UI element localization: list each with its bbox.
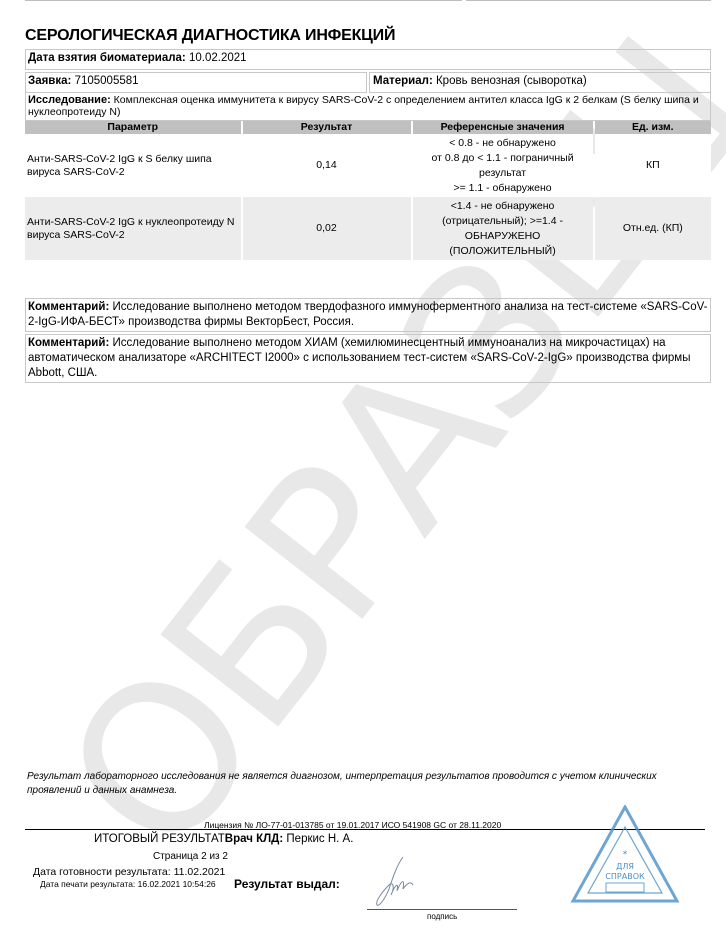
material-label: Материал:: [373, 75, 433, 87]
page-number: Страница 2 из 2: [153, 851, 228, 862]
parameter-cell: Анти-SARS-CoV-2 IgG к S белку шипа вирус…: [25, 134, 241, 197]
column-header-parameter: Параметр: [25, 121, 241, 134]
order-number: 7105005581: [75, 75, 139, 87]
result-cell: 0,02: [243, 197, 411, 260]
study-value: Комплексная оценка иммунитета к вирусу S…: [28, 94, 699, 118]
print-date: 16.02.2021 10:54:26: [138, 879, 216, 889]
reference-line: (отрицательный); >=1.4 -: [415, 214, 591, 229]
table-row: Анти-SARS-CoV-2 IgG к S белку шипа вирус…: [25, 134, 711, 197]
svg-text:*: *: [623, 850, 628, 860]
sample-date-row: Дата взятия биоматериала: 10.02.2021: [25, 49, 711, 70]
comment-1: Комментарий: Исследование выполнено мето…: [25, 298, 711, 332]
disclaimer: Результат лабораторного исследования не …: [27, 770, 677, 798]
svg-text:СПРАВОК: СПРАВОК: [605, 872, 645, 881]
column-header-result: Результат: [243, 121, 411, 134]
reference-line: < 0.8 - не обнаружено: [415, 136, 591, 151]
doctor-name: Перкис Н. А.: [286, 833, 353, 845]
svg-text:ДЛЯ: ДЛЯ: [616, 862, 634, 871]
signature-icon: [375, 855, 435, 910]
reference-line: >= 1.1 - обнаружено: [415, 181, 591, 196]
table-row: Анти-SARS-CoV-2 IgG к нуклеопротеиду N в…: [25, 197, 711, 260]
report-title: СЕРОЛОГИЧЕСКАЯ ДИАГНОСТИКА ИНФЕКЦИЙ: [25, 26, 711, 46]
result-cell: 0,14: [243, 134, 411, 197]
unit-cell: Отн.ед. (КП): [595, 197, 711, 260]
final-result-line: ИТОГОВЫЙ РЕЗУЛЬТАТВрач КЛД: Перкис Н. А.: [94, 833, 353, 845]
top-rule: [466, 0, 711, 1]
ready-date: 11.02.2021: [174, 866, 226, 878]
parameter-cell: Анти-SARS-CoV-2 IgG к нуклеопротеиду N в…: [25, 197, 241, 260]
table-header-row: Параметр Результат Референсные значения …: [25, 121, 711, 134]
reference-line: результат: [415, 166, 591, 181]
ready-date-label: Дата готовности результата:: [33, 866, 171, 878]
study-label: Исследование:: [28, 94, 111, 106]
sample-date: 10.02.2021: [189, 52, 247, 64]
unit-cell: КП: [595, 134, 711, 197]
signature-line: [367, 909, 517, 910]
doctor-label: Врач КЛД:: [225, 833, 283, 845]
comment-label: Комментарий:: [28, 337, 109, 349]
stamp-icon: * ДЛЯ СПРАВОК: [570, 805, 680, 905]
material-value: Кровь венозная (сыворотка): [436, 75, 587, 87]
reference-line: <1.4 - не обнаружено: [415, 199, 591, 214]
issued-by-label: Результат выдал:: [234, 877, 340, 891]
comment-label: Комментарий:: [28, 301, 109, 313]
column-header-unit: Ед. изм.: [595, 121, 711, 134]
reference-line: ОБНАРУЖЕНО: [415, 229, 591, 244]
reference-cell: < 0.8 - не обнаружено от 0.8 до < 1.1 - …: [413, 134, 593, 197]
order-cell: Заявка: 7105005581: [25, 72, 367, 93]
order-label: Заявка:: [28, 75, 71, 87]
print-date-line: Дата печати результата: 16.02.2021 10:54…: [40, 879, 216, 889]
reference-line: (ПОЛОЖИТЕЛЬНЫЙ): [415, 244, 591, 259]
top-rule: [25, 0, 462, 1]
reference-line: от 0.8 до < 1.1 - пограничный: [415, 151, 591, 166]
results-table: Параметр Результат Референсные значения …: [23, 121, 713, 260]
reference-cell: <1.4 - не обнаружено (отрицательный); >=…: [413, 197, 593, 260]
sample-date-label: Дата взятия биоматериала:: [28, 52, 186, 64]
ready-date-line: Дата готовности результата: 11.02.2021: [33, 866, 225, 878]
comment-text: Исследование выполнено методом твердофаз…: [28, 301, 708, 328]
column-header-reference: Референсные значения: [413, 121, 593, 134]
signature-label: подпись: [427, 912, 457, 921]
order-row: Заявка: 7105005581 Материал: Кровь веноз…: [25, 72, 711, 93]
material-cell: Материал: Кровь венозная (сыворотка): [369, 72, 711, 93]
comment-2: Комментарий: Исследование выполнено мето…: [25, 334, 711, 383]
report-body: СЕРОЛОГИЧЕСКАЯ ДИАГНОСТИКА ИНФЕКЦИЙ Дата…: [25, 26, 711, 385]
final-result-label: ИТОГОВЫЙ РЕЗУЛЬТАТ: [94, 833, 225, 845]
comments: Комментарий: Исследование выполнено мето…: [25, 298, 711, 383]
print-date-label: Дата печати результата:: [40, 879, 135, 889]
study-row: Исследование: Комплексная оценка иммунит…: [25, 93, 711, 121]
comment-text: Исследование выполнено методом ХИАМ (хем…: [28, 337, 690, 379]
